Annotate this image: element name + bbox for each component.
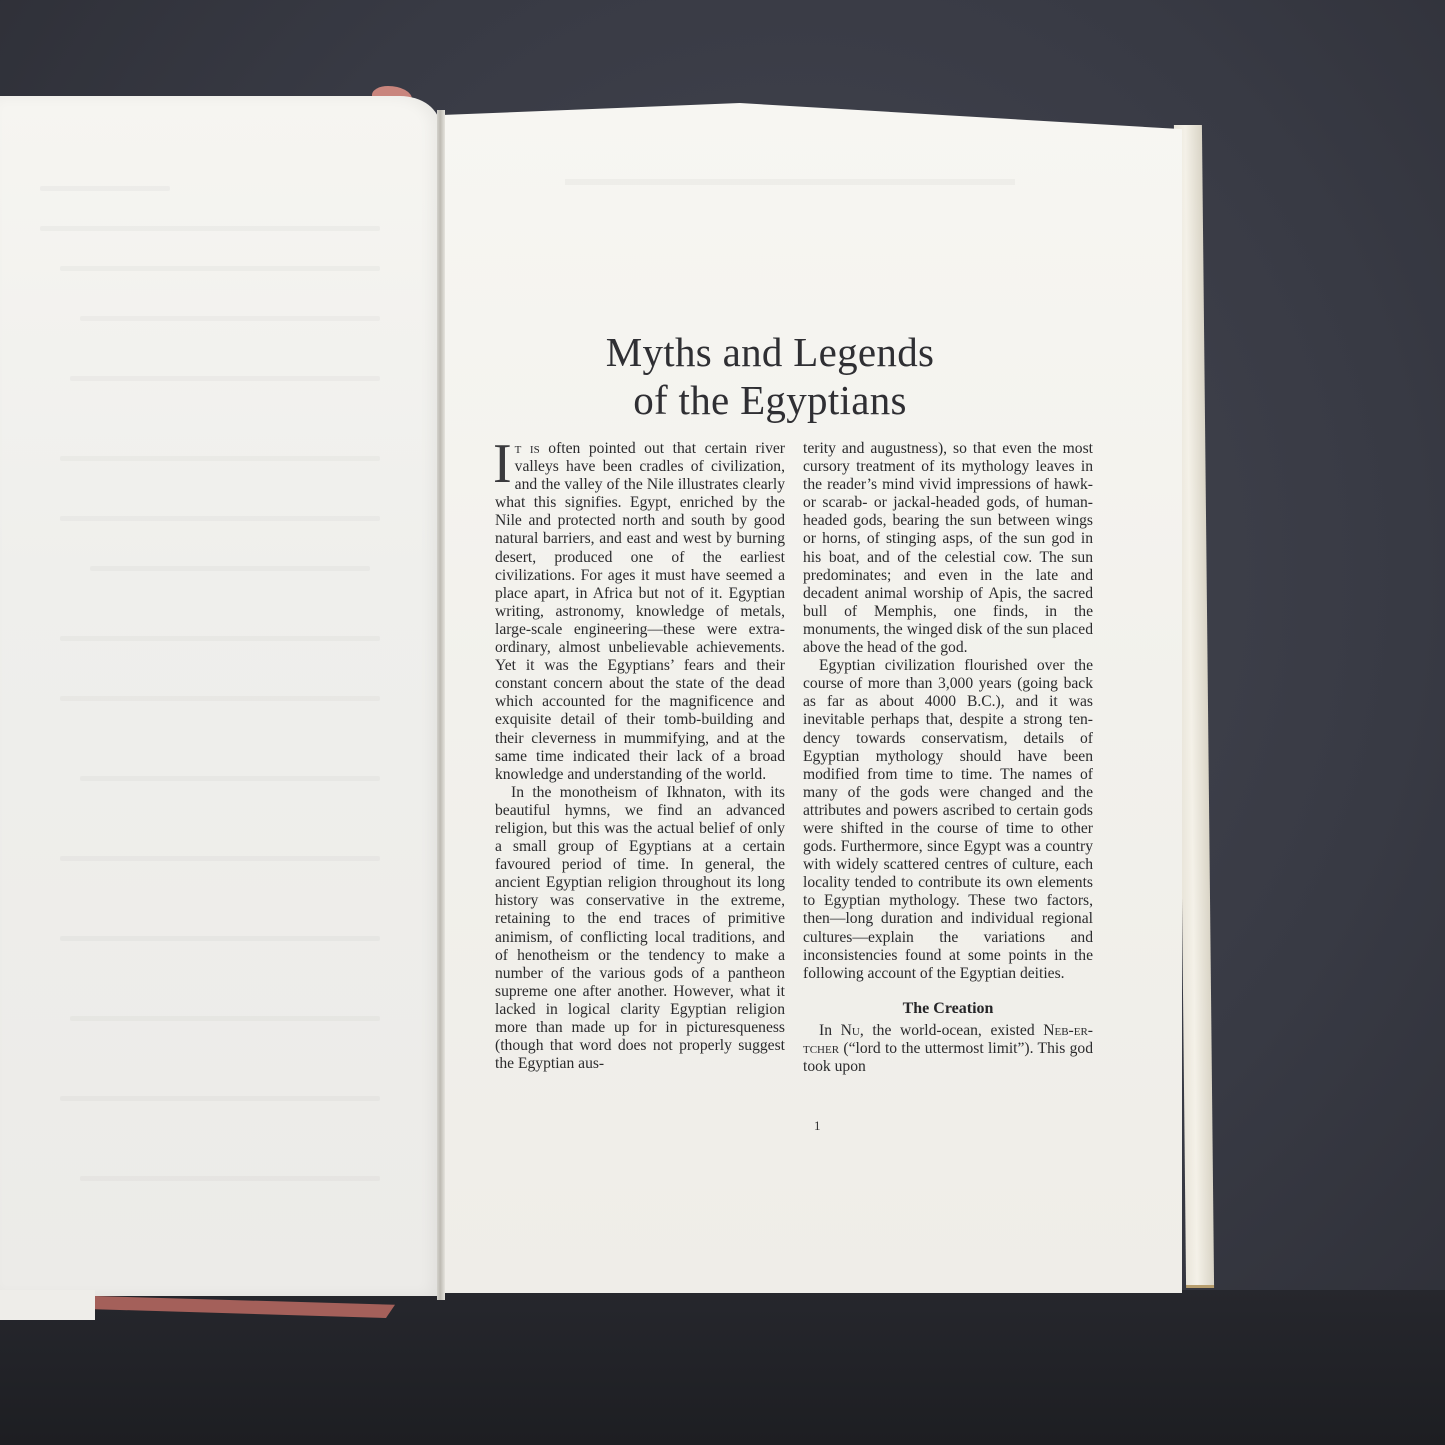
- right-page: Myths and Legends of the Egyptians It is…: [445, 103, 1182, 1293]
- loose-page-flap: [0, 1290, 95, 1320]
- paragraph: It is often pointed out that certain riv…: [495, 440, 785, 784]
- section-heading: The Creation: [803, 1000, 1093, 1018]
- lead-in: t is: [515, 440, 540, 457]
- paragraph: terity and augustness), so that even the…: [803, 440, 1093, 657]
- paragraph: In the monotheism of Ikhnaton, with its …: [495, 784, 785, 1074]
- bleed-through-running-head: [565, 179, 1015, 185]
- page-number: 1: [814, 1118, 821, 1134]
- paragraph: In Nu, the world-ocean, existed Neb-er-t…: [803, 1022, 1093, 1076]
- chapter-title: Myths and Legends of the Egyptians: [545, 328, 995, 424]
- drop-cap: I: [493, 441, 512, 487]
- text-column-left: It is often pointed out that certain riv…: [495, 440, 785, 1073]
- left-page: [0, 96, 440, 1296]
- text-column-right: terity and augustness), so that even the…: [803, 440, 1093, 1076]
- paragraph: Egyptian civilization flourished over th…: [803, 657, 1093, 983]
- dark-backdrop-bottom: [0, 1290, 1445, 1445]
- book-gutter: [437, 110, 445, 1300]
